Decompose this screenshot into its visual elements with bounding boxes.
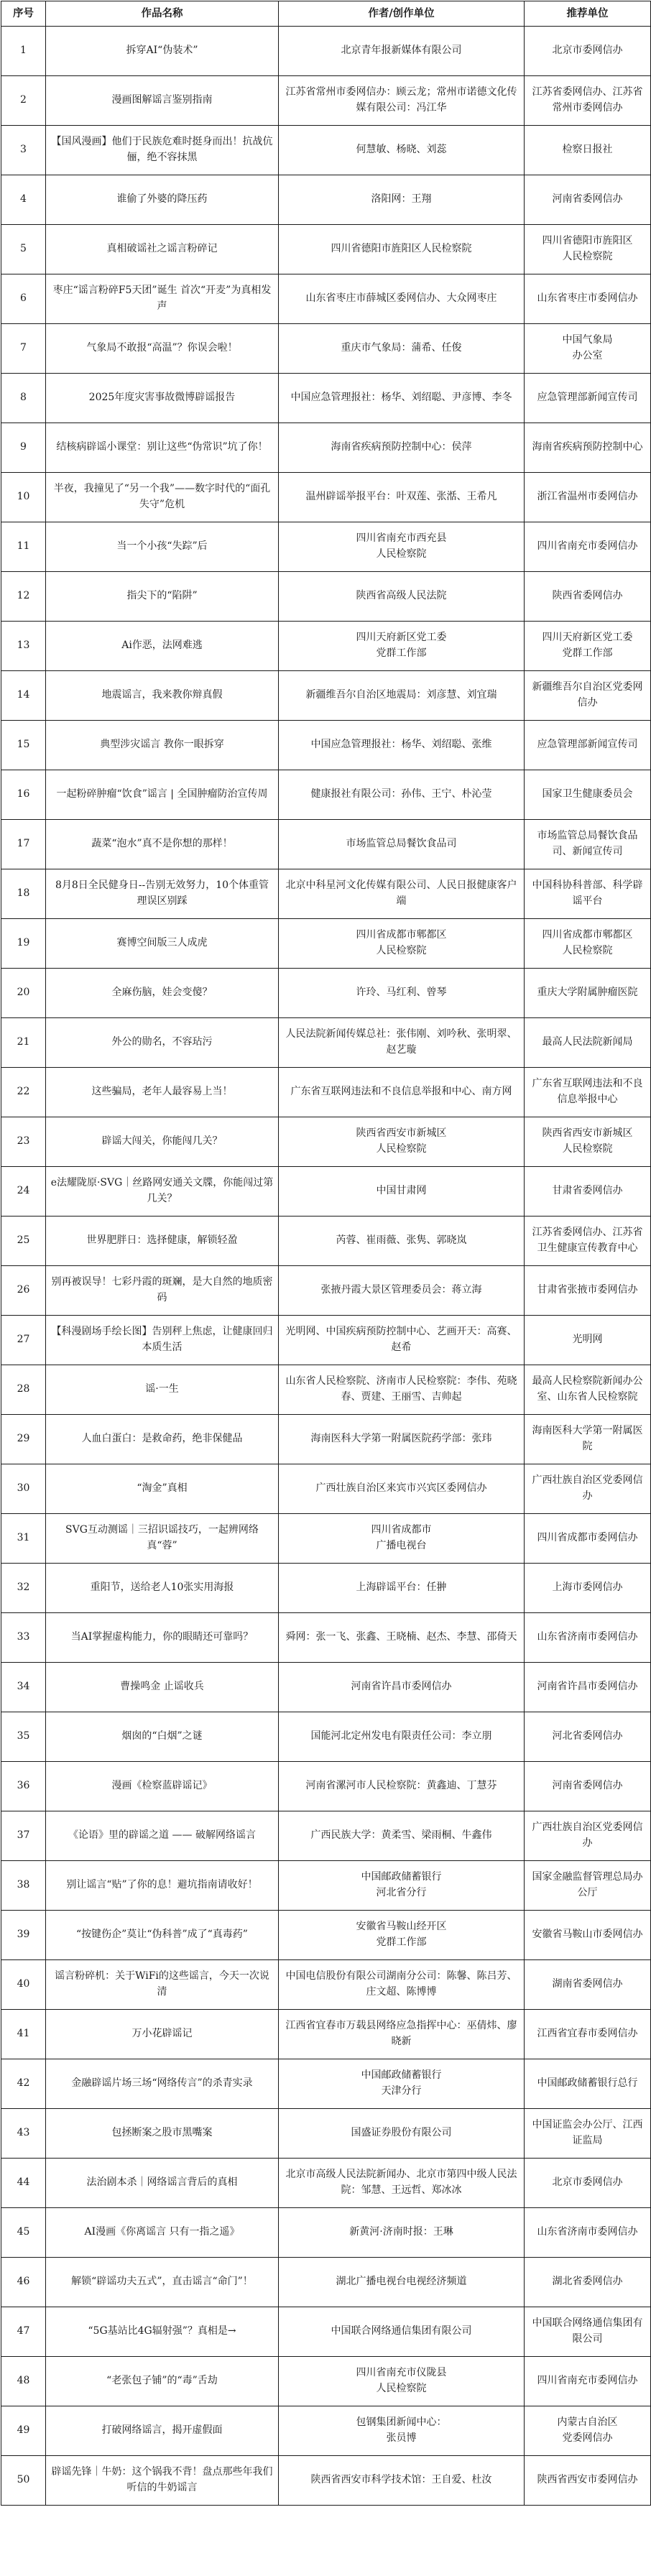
table-row: 36 漫画《检察蓝辟谣记》 河南省漯河市人民检察院：黄鑫迪、丁慧芬 河南省委网信… [1,1762,651,1811]
row-index: 43 [1,2109,46,2159]
table-row: 1 拆穿AI“伪装术” 北京青年报新媒体有限公司 北京市委网信办 [1,27,651,76]
row-recommender-unit: 河南省委网信办 [525,1762,651,1811]
row-author-unit: 四川省德阳市旌阳区人民检察院 [279,225,525,274]
row-index: 2 [1,76,46,126]
table-row: 33 当AI掌握虚构能力，你的眼睛还可靠吗？ 舜网：张一飞、张鑫、王晓楠、赵杰、… [1,1613,651,1663]
row-recommender-unit: 山东省济南市委网信办 [525,2208,651,2258]
row-recommender-unit: 陕西省西安市委网信办 [525,2456,651,2506]
row-recommender-unit: 最高人民法院新闻局 [525,1018,651,1068]
table-row: 27 【科漫剧场手绘长图】告别秤上焦虑，让健康回归本质生活 光明网、中国疾病预防… [1,1316,651,1365]
table-row: 3 【国风漫画】他们于民族危难时挺身而出！抗战伉俪，绝不容抹黑 何慧敏、杨晓、刘… [1,126,651,175]
row-work-title: 漫画《检察蓝辟谣记》 [46,1762,279,1811]
header-index: 序号 [1,1,46,27]
table-row: 12 指尖下的“陷阱” 陕西省高级人民法院 陕西省委网信办 [1,572,651,622]
row-index: 6 [1,274,46,324]
row-recommender-unit: 检察日报社 [525,126,651,175]
table-row: 40 谣言粉碎机：关于WiFi的这些谣言，今天一次说清 中国电信股份有限公司湖南… [1,1960,651,2010]
row-work-title: 谣言粉碎机：关于WiFi的这些谣言，今天一次说清 [46,1960,279,2010]
row-author-unit: 山东省人民检察院、济南市人民检察院：李伟、苑晓春、贾建、王丽雪、吉帅起 [279,1365,525,1415]
row-index: 34 [1,1663,46,1712]
row-recommender-unit: 湖北省委网信办 [525,2258,651,2307]
row-work-title: “按键伤企”莫让“伪科普”成了“真毒药” [46,1911,279,1960]
row-author-unit: 陕西省高级人民法院 [279,572,525,622]
row-author-unit: 四川省成都市 广播电视台 [279,1514,525,1564]
table-row: 37 《论语》里的辟谣之道 —— 破解网络谣言 广西民族大学：黄柔雪、梁雨桐、牛… [1,1811,651,1861]
row-index: 28 [1,1365,46,1415]
table-row: 17 蔬菜“泡水”真不是你想的那样！ 市场监管总局餐饮食品司 市场监管总局餐饮食… [1,820,651,869]
row-work-title: 谁偷了外婆的降压药 [46,175,279,225]
table-row: 25 世界肥胖日：选择健康，解锁轻盈 芮蓉、崔雨薇、张隽、郭晓岚 江苏省委网信办… [1,1217,651,1266]
row-work-title: 2025年度灾害事故微博辟谣报告 [46,374,279,423]
row-author-unit: 重庆市气象局：蒲希、任俊 [279,324,525,374]
row-author-unit: 中国联合网络通信集团有限公司 [279,2307,525,2357]
row-author-unit: 温州辟谣举报平台：叶双莲、张湉、王希凡 [279,473,525,522]
header-title: 作品名称 [46,1,279,27]
row-recommender-unit: 海南医科大学第一附属医院 [525,1415,651,1464]
table-row: 44 法治剧本杀｜网络谣言背后的真相 北京市高级人民法院新闻办、北京市第四中级人… [1,2159,651,2208]
table-row: 8 2025年度灾害事故微博辟谣报告 中国应急管理报社：杨华、刘绍聪、尹彦博、李… [1,374,651,423]
table-row: 21 外公的勋名，不容玷污 人民法院新闻传媒总社：张伟刚、刘吟秋、张明翠、赵艺璇… [1,1018,651,1068]
row-index: 49 [1,2406,46,2456]
row-index: 45 [1,2208,46,2258]
table-row: 5 真相破谣社之谣言粉碎记 四川省德阳市旌阳区人民检察院 四川省德阳市旌阳区 人… [1,225,651,274]
row-work-title: 地震谣言，我来教你辩真假 [46,671,279,721]
row-work-title: 【国风漫画】他们于民族危难时挺身而出！抗战伉俪，绝不容抹黑 [46,126,279,175]
row-recommender-unit: 陕西省西安市新城区 人民检察院 [525,1117,651,1167]
row-author-unit: 广西民族大学：黄柔雪、梁雨桐、牛鑫伟 [279,1811,525,1861]
row-work-title: 全麻伤脑，娃会变傻？ [46,969,279,1018]
row-author-unit: 舜网：张一飞、张鑫、王晓楠、赵杰、李慧、邵倚天 [279,1613,525,1663]
row-recommender-unit: 北京市委网信办 [525,27,651,76]
row-work-title: 重阳节，送给老人10张实用海报 [46,1564,279,1613]
table-row: 16 一起粉碎肿瘤“饮食”谣言 | 全国肿瘤防治宣传周 健康报社有限公司：孙伟、… [1,770,651,820]
row-author-unit: 国能河北定州发电有限责任公司：李立朋 [279,1712,525,1762]
row-author-unit: 四川省南充市西充县 人民检察院 [279,522,525,572]
row-recommender-unit: 重庆大学附属肿瘤医院 [525,969,651,1018]
header-row: 序号 作品名称 作者/创作单位 推荐单位 [1,1,651,27]
row-index: 32 [1,1564,46,1613]
row-recommender-unit: 山东省济南市委网信办 [525,1613,651,1663]
row-index: 3 [1,126,46,175]
row-author-unit: 上海辟谣平台：任翀 [279,1564,525,1613]
row-recommender-unit: 广东省互联网违法和不良信息举报中心 [525,1068,651,1117]
row-recommender-unit: 北京市委网信办 [525,2159,651,2208]
row-index: 25 [1,1217,46,1266]
table-body: 1 拆穿AI“伪装术” 北京青年报新媒体有限公司 北京市委网信办 2 漫画图解谣… [1,27,651,2506]
row-recommender-unit: 最高人民检察院新闻办公室、山东省人民检察院 [525,1365,651,1415]
row-index: 50 [1,2456,46,2506]
row-author-unit: 市场监管总局餐饮食品司 [279,820,525,869]
table-row: 13 Ai作恶，法网难逃 四川天府新区党工委 党群工作部 四川天府新区党工委 党… [1,622,651,671]
row-author-unit: 中国应急管理报社：杨华、刘绍聪、张维 [279,721,525,770]
row-author-unit: 四川省南充市仪陇县 人民检察院 [279,2357,525,2406]
table-row: 43 包拯断案之股市黑嘴案 国盛证券股份有限公司 中国证监会办公厅、江西证监局 [1,2109,651,2159]
row-index: 12 [1,572,46,622]
row-index: 10 [1,473,46,522]
row-index: 26 [1,1266,46,1316]
row-recommender-unit: 市场监管总局餐饮食品司、新闻宣传司 [525,820,651,869]
row-work-title: 《论语》里的辟谣之道 —— 破解网络谣言 [46,1811,279,1861]
row-work-title: 外公的勋名，不容玷污 [46,1018,279,1068]
table-row: 19 赛博空间版三人成虎 四川省成都市郫都区 人民检察院 四川省成都市郫都区 人… [1,919,651,969]
row-work-title: Ai作恶，法网难逃 [46,622,279,671]
row-index: 17 [1,820,46,869]
row-work-title: 别再被误导！七彩丹霞的斑斓，是大自然的地质密码 [46,1266,279,1316]
row-work-title: “淘金”真相 [46,1464,279,1514]
table-row: 39 “按键伤企”莫让“伪科普”成了“真毒药” 安徽省马鞍山经开区 党群工作部 … [1,1911,651,1960]
row-recommender-unit: 中国科协科普部、科学辟谣平台 [525,869,651,919]
row-index: 8 [1,374,46,423]
row-index: 22 [1,1068,46,1117]
row-work-title: 烟囱的“白烟”之谜 [46,1712,279,1762]
row-work-title: AI漫画《你离谣言 只有一指之遥》 [46,2208,279,2258]
row-author-unit: 江苏省常州市委网信办：顾云龙；常州市诺德文化传媒有限公司：冯江华 [279,76,525,126]
table-row: 46 解锁“辟谣功夫五式”，直击谣言“命门”！ 湖北广播电视台电视经济频道 湖北… [1,2258,651,2307]
row-work-title: 别让谣言“贴”了你的息！避坑指南请收好！ [46,1861,279,1911]
row-author-unit: 陕西省西安市科学技术馆：王自爱、杜汝 [279,2456,525,2506]
row-author-unit: 新黄河·济南时报：王琳 [279,2208,525,2258]
table-row: 48 “老张包子铺”的“毒”舌劫 四川省南充市仪陇县 人民检察院 四川省南充市委… [1,2357,651,2406]
row-author-unit: 河南省漯河市人民检察院：黄鑫迪、丁慧芬 [279,1762,525,1811]
row-work-title: e法耀陇原·SVG｜丝路网安通关文牒，你能闯过第几关？ [46,1167,279,1217]
row-work-title: 指尖下的“陷阱” [46,572,279,622]
row-author-unit: 广东省互联网违法和不良信息举报和中心、南方网 [279,1068,525,1117]
table-row: 50 辟谣先锋｜牛奶：这个锅我不背！盘点那些年我们听信的牛奶谣言 陕西省西安市科… [1,2456,651,2506]
row-index: 40 [1,1960,46,2010]
row-author-unit: 何慧敏、杨晓、刘蕊 [279,126,525,175]
table-row: 6 枣庄“谣言粉碎F5天团”诞生 首次“开麦”为真相发声 山东省枣庄市薛城区委网… [1,274,651,324]
table-row: 2 漫画图解谣言鉴别指南 江苏省常州市委网信办：顾云龙；常州市诺德文化传媒有限公… [1,76,651,126]
row-recommender-unit: 河南省许昌市委网信办 [525,1663,651,1712]
row-author-unit: 北京青年报新媒体有限公司 [279,27,525,76]
row-author-unit: 中国邮政储蓄银行 河北省分行 [279,1861,525,1911]
row-work-title: SVG互动测谣｜三招识谣技巧，一起辨网络真“蓉” [46,1514,279,1564]
row-author-unit: 陕西省西安市新城区 人民检察院 [279,1117,525,1167]
row-author-unit: 洛阳网：王翔 [279,175,525,225]
row-recommender-unit: 中国邮政储蓄银行总行 [525,2059,651,2109]
row-index: 18 [1,869,46,919]
row-index: 23 [1,1117,46,1167]
row-work-title: 半夜，我撞见了“另一个我”——数字时代的“面孔失守”危机 [46,473,279,522]
row-index: 29 [1,1415,46,1464]
row-index: 20 [1,969,46,1018]
row-work-title: 辟谣先锋｜牛奶：这个锅我不背！盘点那些年我们听信的牛奶谣言 [46,2456,279,2506]
row-author-unit: 河南省许昌市委网信办 [279,1663,525,1712]
row-recommender-unit: 国家卫生健康委员会 [525,770,651,820]
row-recommender-unit: 光明网 [525,1316,651,1365]
row-author-unit: 海南医科大学第一附属医院药学部：张玮 [279,1415,525,1464]
row-author-unit: 安徽省马鞍山经开区 党群工作部 [279,1911,525,1960]
row-work-title: 曹操鸣金 止谣收兵 [46,1663,279,1712]
row-index: 44 [1,2159,46,2208]
row-recommender-unit: 四川天府新区党工委 党群工作部 [525,622,651,671]
row-index: 30 [1,1464,46,1514]
row-work-title: 枣庄“谣言粉碎F5天团”诞生 首次“开麦”为真相发声 [46,274,279,324]
row-author-unit: 光明网、中国疾病预防控制中心、艺画开天：高赛、赵希 [279,1316,525,1365]
table-row: 32 重阳节，送给老人10张实用海报 上海辟谣平台：任翀 上海市委网信办 [1,1564,651,1613]
table-row: 35 烟囱的“白烟”之谜 国能河北定州发电有限责任公司：李立朋 河北省委网信办 [1,1712,651,1762]
row-work-title: 万小花辟谣记 [46,2010,279,2059]
row-recommender-unit: 陕西省委网信办 [525,572,651,622]
row-index: 35 [1,1712,46,1762]
row-index: 46 [1,2258,46,2307]
row-author-unit: 广西壮族自治区来宾市兴宾区委网信办 [279,1464,525,1514]
row-work-title: 【科漫剧场手绘长图】告别秤上焦虑，让健康回归本质生活 [46,1316,279,1365]
table-row: 23 辟谣大闯关，你能闯几关？ 陕西省西安市新城区 人民检察院 陕西省西安市新城… [1,1117,651,1167]
row-work-title: 谣·一生 [46,1365,279,1415]
table-row: 4 谁偷了外婆的降压药 洛阳网：王翔 河南省委网信办 [1,175,651,225]
row-recommender-unit: 新疆维吾尔自治区党委网信办 [525,671,651,721]
row-author-unit: 海南省疾病预防控制中心：侯萍 [279,423,525,473]
row-author-unit: 湖北广播电视台电视经济频道 [279,2258,525,2307]
table-row: 49 打破网络谣言，揭开虚假面 包钢集团新闻中心： 张员博 内蒙古自治区 党委网… [1,2406,651,2456]
row-recommender-unit: 四川省成都市郫都区 人民检察院 [525,919,651,969]
row-author-unit: 中国电信股份有限公司湖南分公司：陈馨、陈吕芳、庄文超、陈博博 [279,1960,525,2010]
row-recommender-unit: 中国证监会办公厅、江西证监局 [525,2109,651,2159]
table-row: 38 别让谣言“贴”了你的息！避坑指南请收好！ 中国邮政储蓄银行 河北省分行 国… [1,1861,651,1911]
row-work-title: 气象局不敢报“高温”？你误会啦！ [46,324,279,374]
row-work-title: 金融辟谣片场三场“网络传言”的杀青实录 [46,2059,279,2109]
row-work-title: 打破网络谣言，揭开虚假面 [46,2406,279,2456]
page: 序号 作品名称 作者/创作单位 推荐单位 1 拆穿AI“伪装术” 北京青年报新媒… [0,0,651,2506]
row-author-unit: 北京中科星河文化传媒有限公司、人民日报健康客户端 [279,869,525,919]
row-work-title: 拆穿AI“伪装术” [46,27,279,76]
row-recommender-unit: 上海市委网信办 [525,1564,651,1613]
row-recommender-unit: 江苏省委网信办、江苏省卫生健康宣传教育中心 [525,1217,651,1266]
row-work-title: 结核病辟谣小课堂：别让这些“伪常识”坑了你！ [46,423,279,473]
row-index: 9 [1,423,46,473]
row-index: 39 [1,1911,46,1960]
row-recommender-unit: 四川省成都市委网信办 [525,1514,651,1564]
row-index: 13 [1,622,46,671]
table-row: 9 结核病辟谣小课堂：别让这些“伪常识”坑了你！ 海南省疾病预防控制中心：侯萍 … [1,423,651,473]
table-row: 20 全麻伤脑，娃会变傻？ 许玲、马红利、曾琴 重庆大学附属肿瘤医院 [1,969,651,1018]
row-index: 42 [1,2059,46,2109]
row-author-unit: 中国甘肃网 [279,1167,525,1217]
row-author-unit: 江西省宜春市万载县网络应急指挥中心：巫倩炜、廖晓新 [279,2010,525,2059]
row-work-title: 当AI掌握虚构能力，你的眼睛还可靠吗？ [46,1613,279,1663]
row-work-title: 人血白蛋白：是救命药，绝非保健品 [46,1415,279,1464]
row-work-title: “老张包子铺”的“毒”舌劫 [46,2357,279,2406]
table-row: 47 “5G基站比4G辐射强”？真相是→ 中国联合网络通信集团有限公司 中国联合… [1,2307,651,2357]
row-work-title: 这些骗局，老年人最容易上当！ [46,1068,279,1117]
row-recommender-unit: 江西省宜春市委网信办 [525,2010,651,2059]
row-recommender-unit: 应急管理部新闻宣传司 [525,374,651,423]
row-recommender-unit: 应急管理部新闻宣传司 [525,721,651,770]
row-work-title: “5G基站比4G辐射强”？真相是→ [46,2307,279,2357]
row-recommender-unit: 四川省南充市委网信办 [525,2357,651,2406]
row-recommender-unit: 中国气象局 办公室 [525,324,651,374]
row-index: 38 [1,1861,46,1911]
row-work-title: 世界肥胖日：选择健康，解锁轻盈 [46,1217,279,1266]
row-index: 4 [1,175,46,225]
row-index: 47 [1,2307,46,2357]
row-recommender-unit: 中国联合网络通信集团有限公司 [525,2307,651,2357]
row-recommender-unit: 甘肃省张掖市委网信办 [525,1266,651,1316]
row-author-unit: 人民法院新闻传媒总社：张伟刚、刘吟秋、张明翠、赵艺璇 [279,1018,525,1068]
table-row: 26 别再被误导！七彩丹霞的斑斓，是大自然的地质密码 张掖丹霞大景区管理委员会：… [1,1266,651,1316]
row-work-title: 真相破谣社之谣言粉碎记 [46,225,279,274]
row-work-title: 蔬菜“泡水”真不是你想的那样！ [46,820,279,869]
row-recommender-unit: 山东省枣庄市委网信办 [525,274,651,324]
row-recommender-unit: 海南省疾病预防控制中心 [525,423,651,473]
table-row: 28 谣·一生 山东省人民检察院、济南市人民检察院：李伟、苑晓春、贾建、王丽雪、… [1,1365,651,1415]
table-row: 18 8月8日全民健身日--告别无效努力，10个体重管理误区别踩 北京中科星河文… [1,869,651,919]
row-work-title: 辟谣大闯关，你能闯几关？ [46,1117,279,1167]
row-work-title: 当一个小孩“失踪”后 [46,522,279,572]
row-author-unit: 国盛证券股份有限公司 [279,2109,525,2159]
row-index: 16 [1,770,46,820]
row-index: 33 [1,1613,46,1663]
row-author-unit: 许玲、马红利、曾琴 [279,969,525,1018]
row-index: 37 [1,1811,46,1861]
row-recommender-unit: 湖南省委网信办 [525,1960,651,2010]
table-row: 31 SVG互动测谣｜三招识谣技巧，一起辨网络真“蓉” 四川省成都市 广播电视台… [1,1514,651,1564]
row-author-unit: 健康报社有限公司：孙伟、王宁、朴沁莹 [279,770,525,820]
row-index: 36 [1,1762,46,1811]
row-recommender-unit: 广西壮族自治区党委网信办 [525,1464,651,1514]
row-index: 5 [1,225,46,274]
table-header: 序号 作品名称 作者/创作单位 推荐单位 [1,1,651,27]
row-index: 31 [1,1514,46,1564]
table-row: 34 曹操鸣金 止谣收兵 河南省许昌市委网信办 河南省许昌市委网信办 [1,1663,651,1712]
row-work-title: 包拯断案之股市黑嘴案 [46,2109,279,2159]
table-row: 24 e法耀陇原·SVG｜丝路网安通关文牒，你能闯过第几关？ 中国甘肃网 甘肃省… [1,1167,651,1217]
row-index: 7 [1,324,46,374]
row-index: 15 [1,721,46,770]
row-index: 24 [1,1167,46,1217]
row-index: 48 [1,2357,46,2406]
row-recommender-unit: 广西壮族自治区党委网信办 [525,1811,651,1861]
row-index: 19 [1,919,46,969]
row-author-unit: 新疆维吾尔自治区地震局：刘彦慧、刘宜瑞 [279,671,525,721]
row-author-unit: 中国邮政储蓄银行 天津分行 [279,2059,525,2109]
row-author-unit: 张掖丹霞大景区管理委员会：蒋立海 [279,1266,525,1316]
table-row: 14 地震谣言，我来教你辩真假 新疆维吾尔自治区地震局：刘彦慧、刘宜瑞 新疆维吾… [1,671,651,721]
row-author-unit: 北京市高级人民法院新闻办、北京市第四中级人民法院：邹慧、王远哲、郑冰冰 [279,2159,525,2208]
row-work-title: 8月8日全民健身日--告别无效努力，10个体重管理误区别踩 [46,869,279,919]
row-recommender-unit: 安徽省马鞍山市委网信办 [525,1911,651,1960]
table-row: 42 金融辟谣片场三场“网络传言”的杀青实录 中国邮政储蓄银行 天津分行 中国邮… [1,2059,651,2109]
row-work-title: 一起粉碎肿瘤“饮食”谣言 | 全国肿瘤防治宣传周 [46,770,279,820]
table-row: 22 这些骗局，老年人最容易上当！ 广东省互联网违法和不良信息举报和中心、南方网… [1,1068,651,1117]
table-row: 10 半夜，我撞见了“另一个我”——数字时代的“面孔失守”危机 温州辟谣举报平台… [1,473,651,522]
row-index: 14 [1,671,46,721]
table-row: 11 当一个小孩“失踪”后 四川省南充市西充县 人民检察院 四川省南充市委网信办 [1,522,651,572]
row-recommender-unit: 四川省南充市委网信办 [525,522,651,572]
table-row: 30 “淘金”真相 广西壮族自治区来宾市兴宾区委网信办 广西壮族自治区党委网信办 [1,1464,651,1514]
header-recommender: 推荐单位 [525,1,651,27]
table-row: 45 AI漫画《你离谣言 只有一指之遥》 新黄河·济南时报：王琳 山东省济南市委… [1,2208,651,2258]
row-recommender-unit: 内蒙古自治区 党委网信办 [525,2406,651,2456]
row-work-title: 赛博空间版三人成虎 [46,919,279,969]
row-recommender-unit: 河南省委网信办 [525,175,651,225]
row-recommender-unit: 河北省委网信办 [525,1712,651,1762]
row-author-unit: 芮蓉、崔雨薇、张隽、郭晓岚 [279,1217,525,1266]
row-work-title: 漫画图解谣言鉴别指南 [46,76,279,126]
row-author-unit: 四川省成都市郫都区 人民检察院 [279,919,525,969]
row-recommender-unit: 江苏省委网信办、江苏省常州市委网信办 [525,76,651,126]
header-author: 作者/创作单位 [279,1,525,27]
table-row: 7 气象局不敢报“高温”？你误会啦！ 重庆市气象局：蒲希、任俊 中国气象局 办公… [1,324,651,374]
row-author-unit: 中国应急管理报社：杨华、刘绍聪、尹彦博、李冬 [279,374,525,423]
table-row: 15 典型涉灾谣言 教你一眼拆穿 中国应急管理报社：杨华、刘绍聪、张维 应急管理… [1,721,651,770]
table-row: 29 人血白蛋白：是救命药，绝非保健品 海南医科大学第一附属医院药学部：张玮 海… [1,1415,651,1464]
row-work-title: 解锁“辟谣功夫五式”，直击谣言“命门”！ [46,2258,279,2307]
table-row: 41 万小花辟谣记 江西省宜春市万载县网络应急指挥中心：巫倩炜、廖晓新 江西省宜… [1,2010,651,2059]
row-author-unit: 包钢集团新闻中心： 张员博 [279,2406,525,2456]
row-author-unit: 四川天府新区党工委 党群工作部 [279,622,525,671]
row-recommender-unit: 甘肃省委网信办 [525,1167,651,1217]
row-work-title: 典型涉灾谣言 教你一眼拆穿 [46,721,279,770]
award-works-table: 序号 作品名称 作者/创作单位 推荐单位 1 拆穿AI“伪装术” 北京青年报新媒… [1,1,651,2506]
row-recommender-unit: 浙江省温州市委网信办 [525,473,651,522]
row-author-unit: 山东省枣庄市薛城区委网信办、大众网枣庄 [279,274,525,324]
row-index: 41 [1,2010,46,2059]
row-work-title: 法治剧本杀｜网络谣言背后的真相 [46,2159,279,2208]
row-recommender-unit: 国家金融监督管理总局办公厅 [525,1861,651,1911]
row-index: 11 [1,522,46,572]
row-index: 27 [1,1316,46,1365]
row-index: 1 [1,27,46,76]
row-recommender-unit: 四川省德阳市旌阳区 人民检察院 [525,225,651,274]
row-index: 21 [1,1018,46,1068]
